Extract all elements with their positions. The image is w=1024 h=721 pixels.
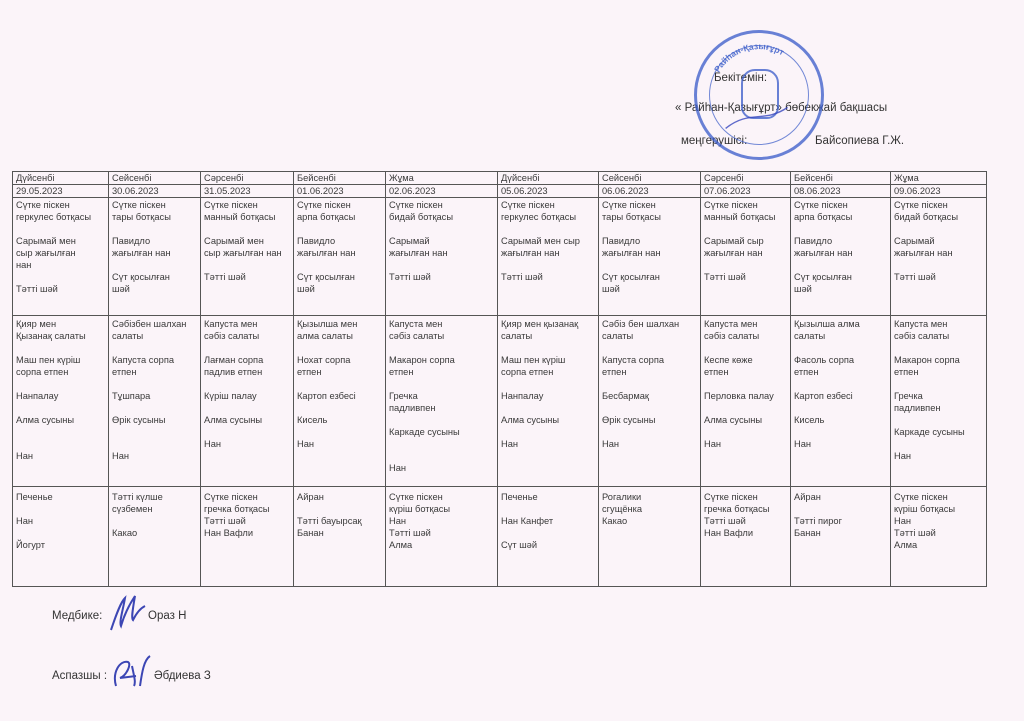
lunch-cell: Сәбізбен шалхан салаты Капуста сорпа етп… [109,316,201,487]
day-cell: Сәрсенбі [701,172,791,185]
date-cell: 02.06.2023 [386,185,498,198]
date-cell: 06.06.2023 [599,185,701,198]
snack-cell: Сүтке піскен күріш ботқасы Нан Тәтті шәй… [891,487,987,587]
breakfast-cell: Сүтке піскен бидай ботқасы Сарымай жағыл… [386,198,498,316]
lunch-cell: Қызылша алма салаты Фасоль сорпа етпен К… [791,316,891,487]
cook-name: Әбдиева З [154,670,211,682]
day-cell: Бейсенбі [791,172,891,185]
breakfast-cell: Сүтке піскен тары ботқасы Павидло жағылғ… [599,198,701,316]
date-cell: 31.05.2023 [201,185,294,198]
date-cell: 08.06.2023 [791,185,891,198]
approval-position: меңгерушісі: [681,135,747,147]
snack-cell: Айран Тәтті пирог Банан [791,487,891,587]
breakfast-cell: Сүтке піскен арпа ботқасы Павидло жағылғ… [294,198,386,316]
snack-cell: Печенье Нан Канфет Сүт шәй [498,487,599,587]
snack-row: Печенье Нан Йогурт Тәтті күлше сүзбемен … [13,487,987,587]
cook-signature-line: Аспазшы : Әбдиева З [52,670,107,682]
lunch-cell: Қияр мен қызанақ салаты Маш пен күріш со… [498,316,599,487]
cook-signature-icon [110,652,154,692]
approval-position-line: меңгерушісі: Байсопиева Г.Ж. [681,135,747,147]
date-cell: 29.05.2023 [13,185,109,198]
lunch-cell: Капуста мен сәбіз салаты Кеспе көже етпе… [701,316,791,487]
day-cell: Сейсенбі [109,172,201,185]
lunch-cell: Капуста мен сәбіз салаты Лағман сорпа па… [201,316,294,487]
day-cell: Жұма [386,172,498,185]
snack-cell: Айран Тәтті бауырсақ Банан [294,487,386,587]
day-cell: Жұма [891,172,987,185]
weekly-menu-table: ДүйсенбіСейсенбіСәрсенбіБейсенбіЖұмаДүйс… [12,171,987,587]
breakfast-cell: Сүтке піскен тары ботқасы Павидло жағылғ… [109,198,201,316]
breakfast-cell: Сүтке піскен манный ботқасы Сарымай мен … [201,198,294,316]
nurse-name: Ораз Н [148,610,186,622]
breakfast-cell: Сүтке піскен геркулес ботқасы Сарымай ме… [13,198,109,316]
approval-organization: « Райһан-Қазығұрт» бөбекжай бақшасы [675,102,887,114]
approval-director-name: Байсопиева Г.Ж. [815,135,904,147]
days-row: ДүйсенбіСейсенбіСәрсенбіБейсенбіЖұмаДүйс… [13,172,987,185]
nurse-signature-icon [107,592,149,634]
breakfast-cell: Сүтке піскен арпа ботқасы Павидло жағылғ… [791,198,891,316]
day-cell: Бейсенбі [294,172,386,185]
svg-text:Райһан-Қазығұрт: Райһан-Қазығұрт [712,41,786,74]
stamp-inner-ring [709,45,809,145]
day-cell: Сейсенбі [599,172,701,185]
lunch-cell: Сәбіз бен шалхан салаты Капуста сорпа ет… [599,316,701,487]
dates-row: 29.05.202330.06.202331.05.202301.06.2023… [13,185,987,198]
nurse-label: Медбике: [52,610,102,622]
date-cell: 05.06.2023 [498,185,599,198]
breakfast-cell: Сүтке піскен геркулес ботқасы Сарымай ме… [498,198,599,316]
date-cell: 01.06.2023 [294,185,386,198]
lunch-cell: Капуста мен сәбіз салаты Макарон сорпа е… [891,316,987,487]
snack-cell: Печенье Нан Йогурт [13,487,109,587]
day-cell: Дүйсенбі [498,172,599,185]
day-cell: Дүйсенбі [13,172,109,185]
breakfast-cell: Сүтке піскен манный ботқасы Сарымай сыр … [701,198,791,316]
date-cell: 09.06.2023 [891,185,987,198]
date-cell: 30.06.2023 [109,185,201,198]
cook-label: Аспазшы : [52,670,107,682]
nurse-signature-line: Медбике: Ораз Н [52,610,102,622]
approval-title: Бекітемін: [714,72,767,84]
snack-cell: Тәтті күлше сүзбемен Какао [109,487,201,587]
stamp-text: Райһан-Қазығұрт [712,41,786,74]
lunch-cell: Қызылша мен алма салаты Нохат сорпа етпе… [294,316,386,487]
snack-cell: Сүтке піскен күріш ботқасы Нан Тәтті шәй… [386,487,498,587]
lunch-cell: Қияр мен Қызанақ салаты Маш пен күріш со… [13,316,109,487]
snack-cell: Рогалики сгущёнка Какао [599,487,701,587]
snack-cell: Сүтке піскен гречка ботқасы Тәтті шәй На… [201,487,294,587]
breakfast-row: Сүтке піскен геркулес ботқасы Сарымай ме… [13,198,987,316]
day-cell: Сәрсенбі [201,172,294,185]
date-cell: 07.06.2023 [701,185,791,198]
breakfast-cell: Сүтке піскен бидай ботқасы Сарымай жағыл… [891,198,987,316]
snack-cell: Сүтке піскен гречка ботқасы Тәтті шәй На… [701,487,791,587]
lunch-cell: Капуста мен сәбіз салаты Макарон сорпа е… [386,316,498,487]
lunch-row: Қияр мен Қызанақ салаты Маш пен күріш со… [13,316,987,487]
